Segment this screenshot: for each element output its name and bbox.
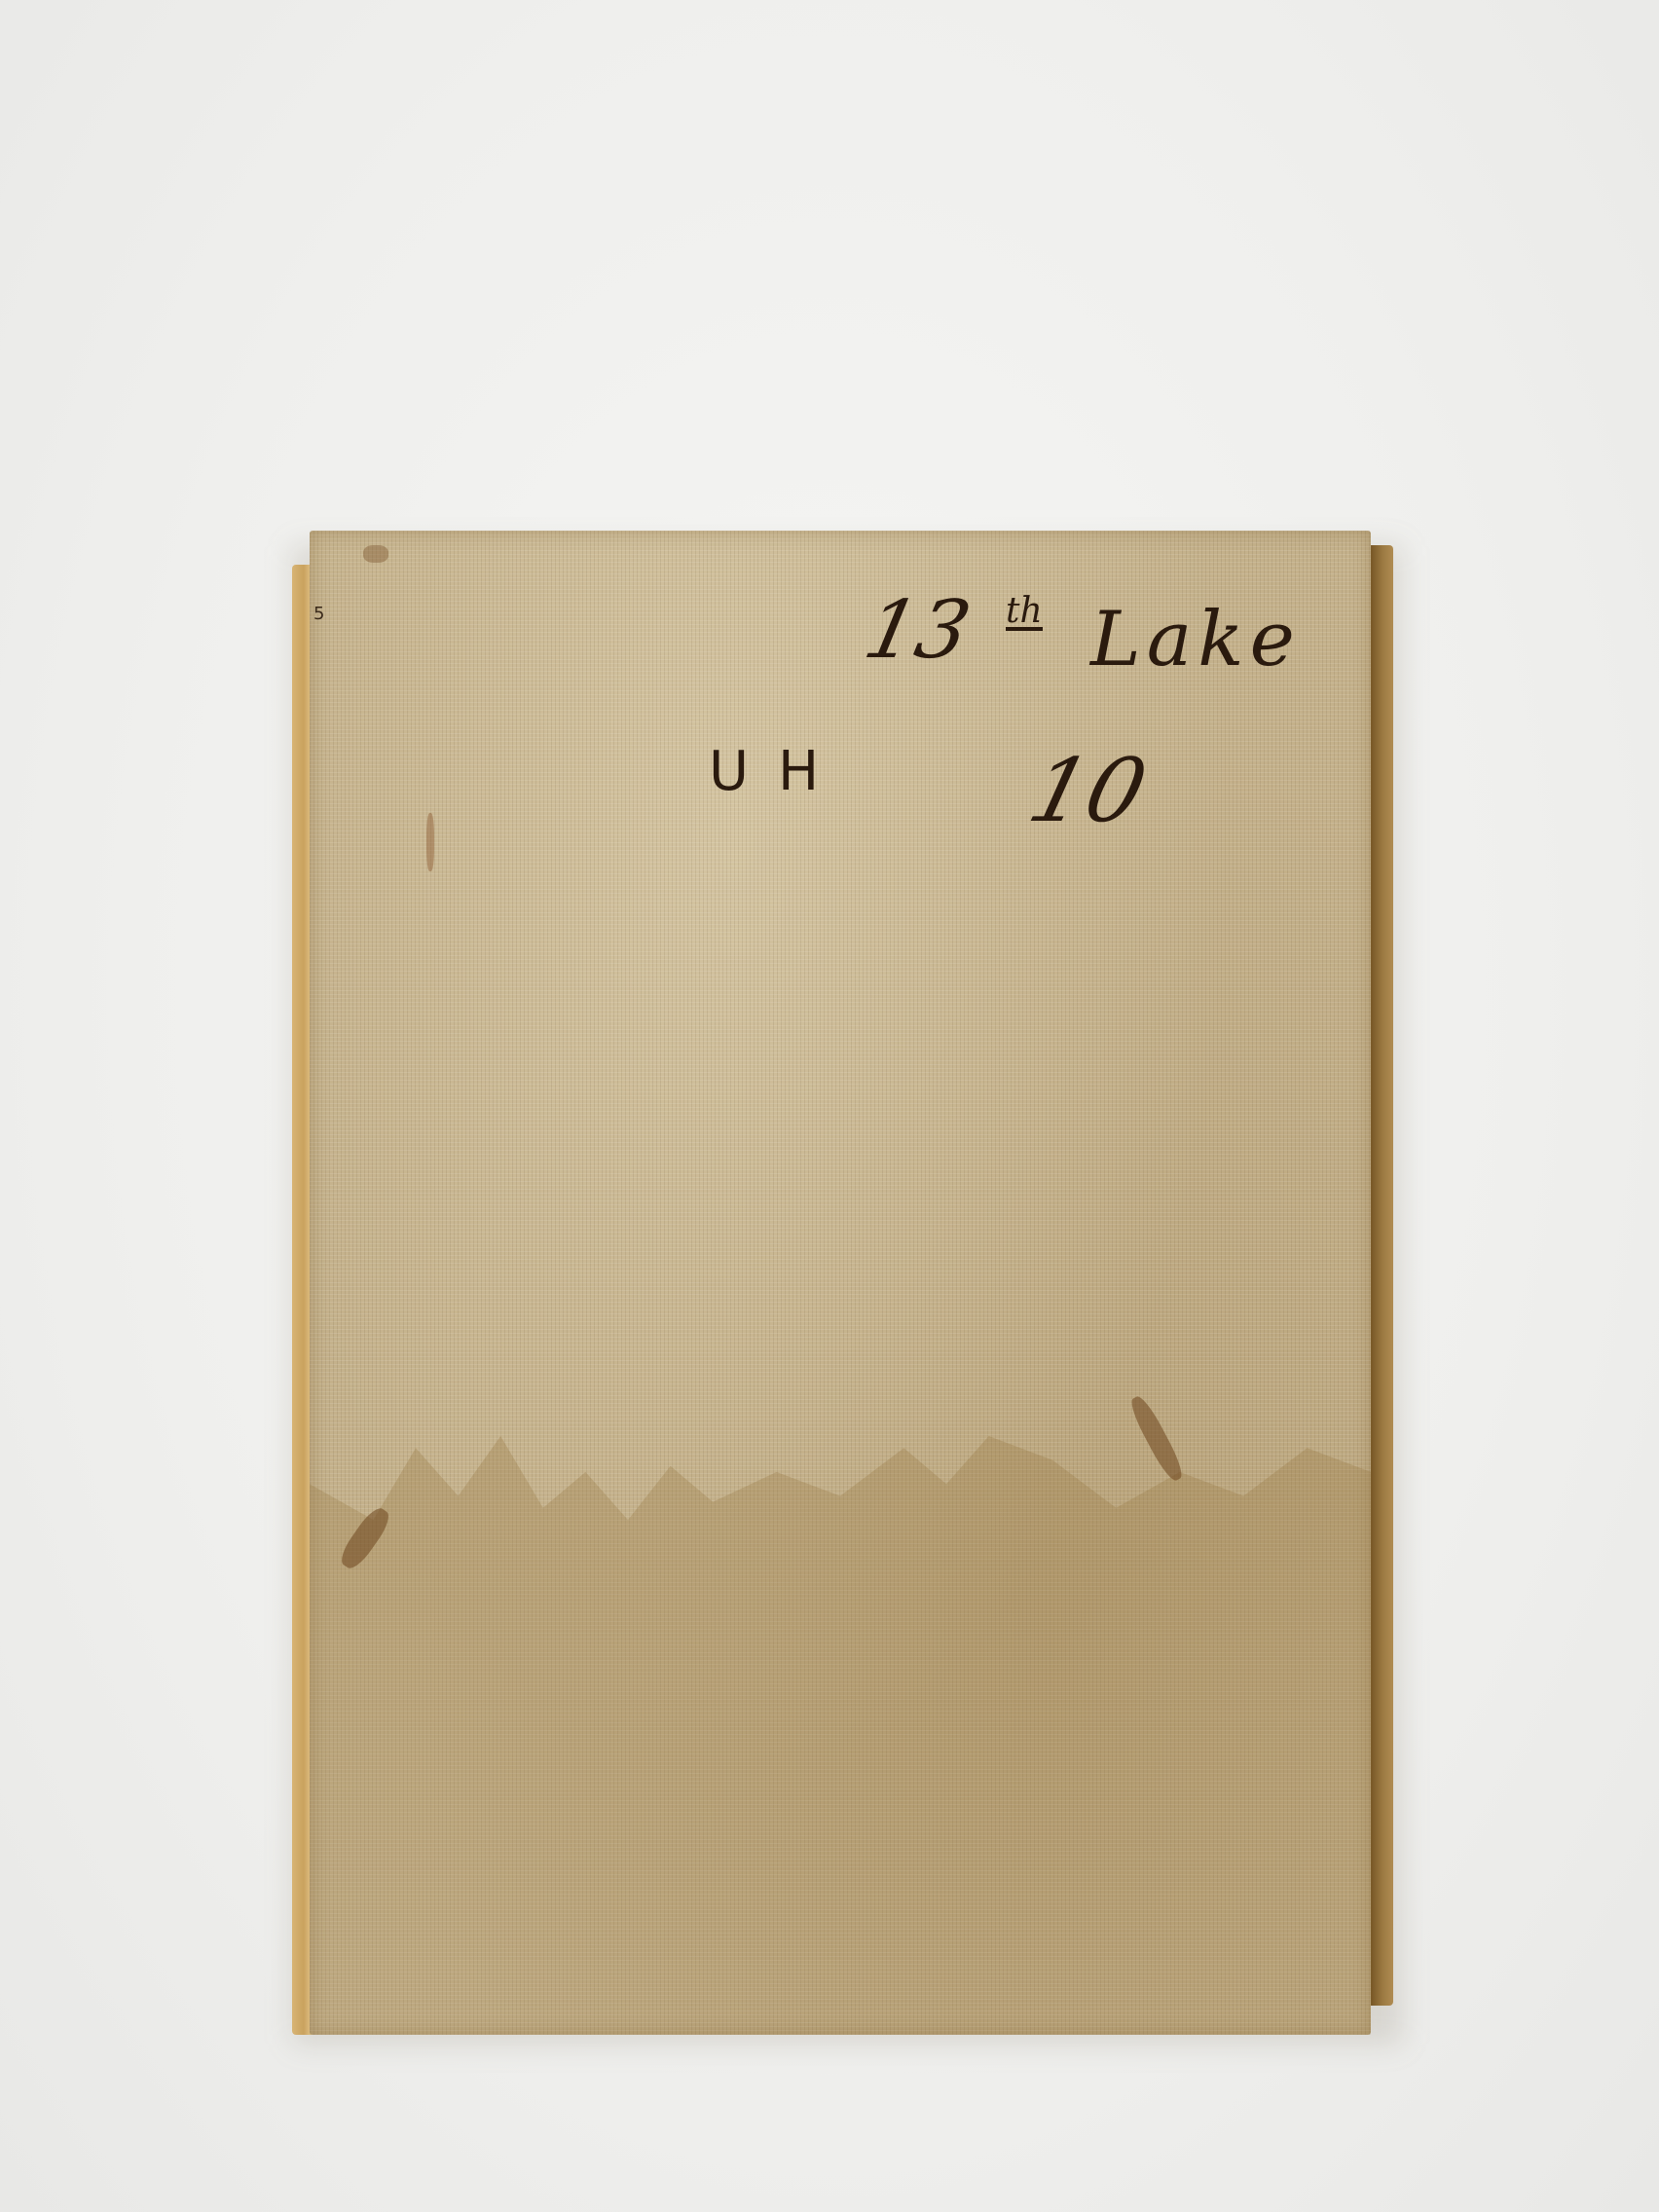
stain-streak-right [1126, 1393, 1187, 1484]
edge-mark-text: 5 [313, 604, 324, 624]
water-stain [310, 1436, 1371, 2035]
cover-title-word: Lake [1090, 596, 1301, 683]
cover-title-superscript: th [1006, 596, 1043, 631]
cover-title-number: 13 [857, 584, 978, 677]
stain-spot-top [363, 545, 388, 563]
cover-initials-label: UH [709, 740, 848, 803]
stain-dots [426, 813, 434, 871]
